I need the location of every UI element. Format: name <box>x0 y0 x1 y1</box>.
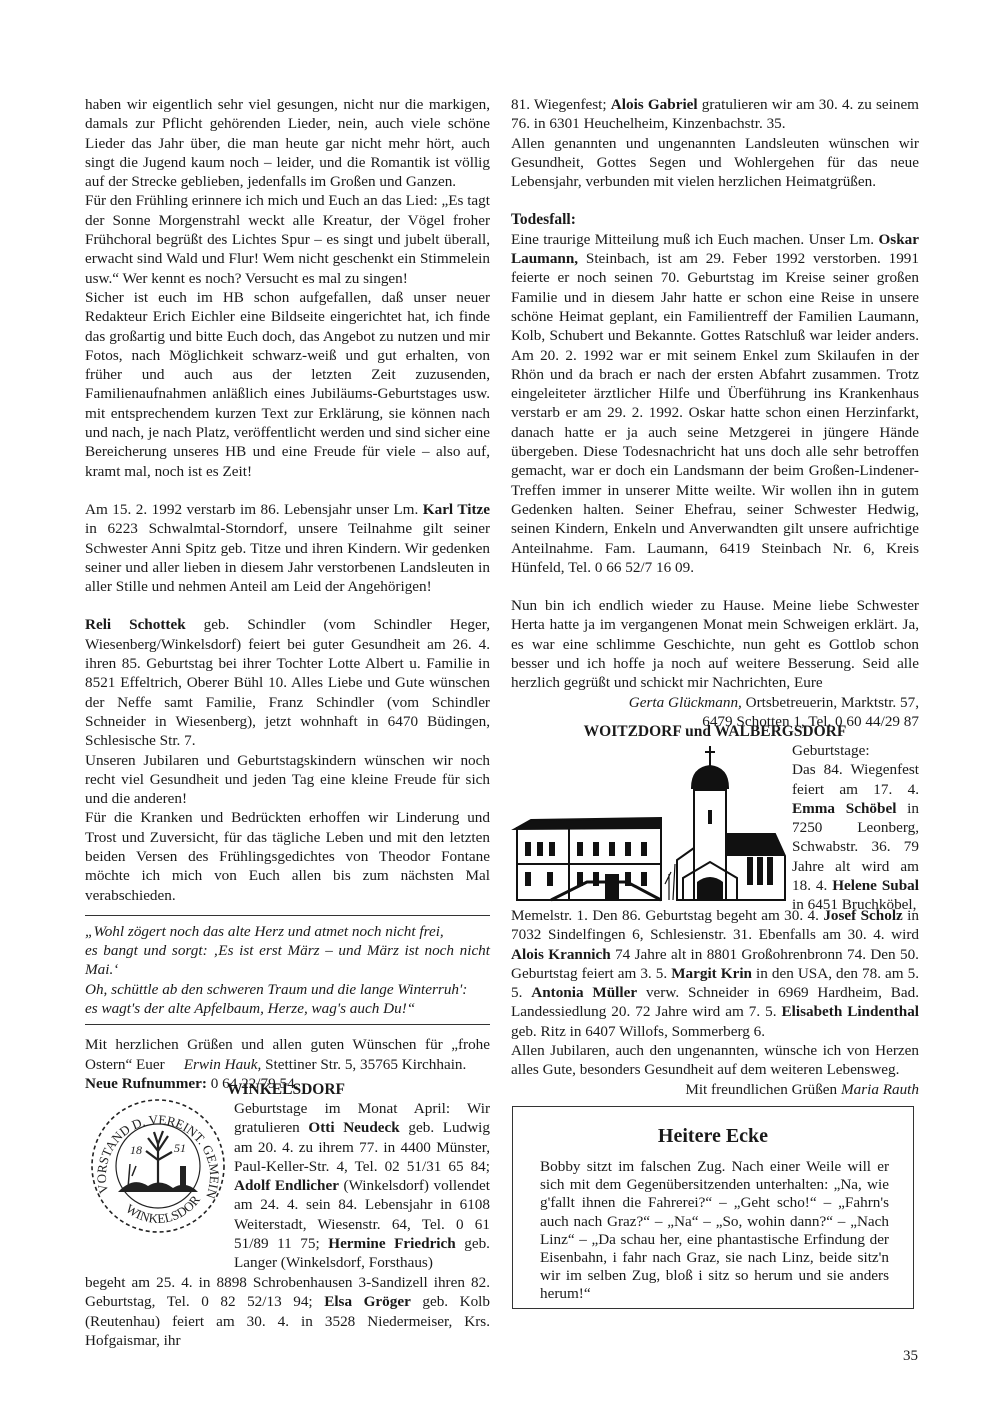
page-number: 35 <box>903 1348 918 1365</box>
author-name: Gerta Glückmann, <box>629 694 742 711</box>
paragraph-wishes: Allen Jubilaren, auch den ungenannten, w… <box>511 1041 919 1080</box>
obituary-karl-titze: Am 15. 2. 1992 verstarb im 86. Lebensjah… <box>85 500 490 596</box>
paragraph-photo-page: Sicher ist euch im HB schon aufgefallen,… <box>85 288 490 481</box>
person-name: Reli Schottek <box>85 616 186 633</box>
birthday-reli-schottek: Reli Schottek geb. Schindler (vom Schind… <box>85 615 490 750</box>
paragraph-greetings: Allen genannten und ungenannten Landsleu… <box>511 134 919 192</box>
person-name: Emma Schöbel <box>792 800 896 817</box>
author-name: Erwin Hauk, <box>184 1056 262 1073</box>
paragraph-singing: haben wir eigentlich sehr viel gesungen,… <box>85 95 490 191</box>
person-name: Adolf Endlicher <box>234 1177 339 1194</box>
left-column: haben wir eigentlich sehr viel gesungen,… <box>85 95 490 1093</box>
obituary-oskar-laumann: Eine traurige Mitteilung muß ich Euch ma… <box>511 230 919 577</box>
person-name: Elisabeth Lindenthal <box>782 1003 920 1020</box>
todesfall-heading: Todesfall: <box>511 210 919 229</box>
person-name: Josef Scholz <box>823 907 902 924</box>
winkelsdorf-birthdays-continued: begeht am 25. 4. in 8898 Schrobenhausen … <box>85 1273 490 1350</box>
person-name: Elsa Gröger <box>324 1293 411 1310</box>
winkelsdorf-birthdays: Geburtstage im Monat April: Wir gratulie… <box>234 1099 490 1273</box>
section-title: WINKELSDORF <box>227 1080 345 1099</box>
person-name: Antonia Müller <box>531 984 637 1001</box>
person-name: Helene Subal <box>832 877 919 894</box>
closing-greeting: Mit herzlichen Grüßen und allen guten Wü… <box>85 1035 490 1074</box>
person-name: Otti Neudeck <box>308 1119 399 1136</box>
paragraph-kranken: Für die Kranken und Bedrückten erhoffen … <box>85 808 490 904</box>
author-name: Maria Rauth <box>841 1081 919 1098</box>
paragraph-spring-song: Für den Frühling erinnere ich mich und E… <box>85 191 490 287</box>
fontane-poem: „Wohl zögert noch das alte Herz und atme… <box>85 922 490 1018</box>
right-column: 81. Wiegenfest; Alois Gabriel gratuliere… <box>511 95 919 731</box>
signature-maria-rauth: Mit freundlichen Grüßen Maria Rauth <box>511 1080 919 1099</box>
winkelsdorf-seal-icon: VORSTAND D. VEREINT. GEMEINDE WINKELSDOR… <box>88 1096 228 1236</box>
person-name: Karl Titze <box>423 501 490 518</box>
village-church-illustration-icon <box>511 744 791 904</box>
section-title: WOITZDORF und WALBERGSDORF <box>511 722 919 741</box>
person-name: Alois Gabriel <box>611 96 698 113</box>
woitzdorf-section: WOITZDORF und WALBERGSDORF <box>511 722 919 741</box>
divider <box>85 915 490 916</box>
person-name: Hermine Friedrich <box>328 1235 455 1252</box>
birthday-alois-gabriel: 81. Wiegenfest; Alois Gabriel gratuliere… <box>511 95 919 134</box>
svg-text:18: 18 <box>130 1143 142 1157</box>
box-title: Heitere Ecke <box>513 1125 913 1148</box>
person-name: Margit Krin <box>671 965 752 982</box>
woitzdorf-birthdays: Geburtstage:Das 84. Wiegenfest feiert am… <box>792 741 919 915</box>
paragraph-jubilare: Unseren Jubilaren und Geburtstagskindern… <box>85 751 490 809</box>
svg-text:51: 51 <box>174 1141 186 1155</box>
heitere-ecke-box: Heitere Ecke Bobby sitzt im falschen Zug… <box>512 1106 914 1309</box>
box-joke-text: Bobby sitzt im falschen Zug. Nach einer … <box>540 1158 889 1304</box>
signature-gerta-glueckmann: Gerta Glückmann, Ortsbetreuerin, Marktst… <box>511 693 919 712</box>
paragraph-back-home: Nun bin ich endlich wieder zu Hause. Mei… <box>511 596 919 692</box>
woitzdorf-birthdays-continued: Memelstr. 1. Den 86. Geburtstag begeht a… <box>511 906 919 1099</box>
person-name: Alois Krannich <box>511 946 611 963</box>
divider <box>85 1024 490 1025</box>
